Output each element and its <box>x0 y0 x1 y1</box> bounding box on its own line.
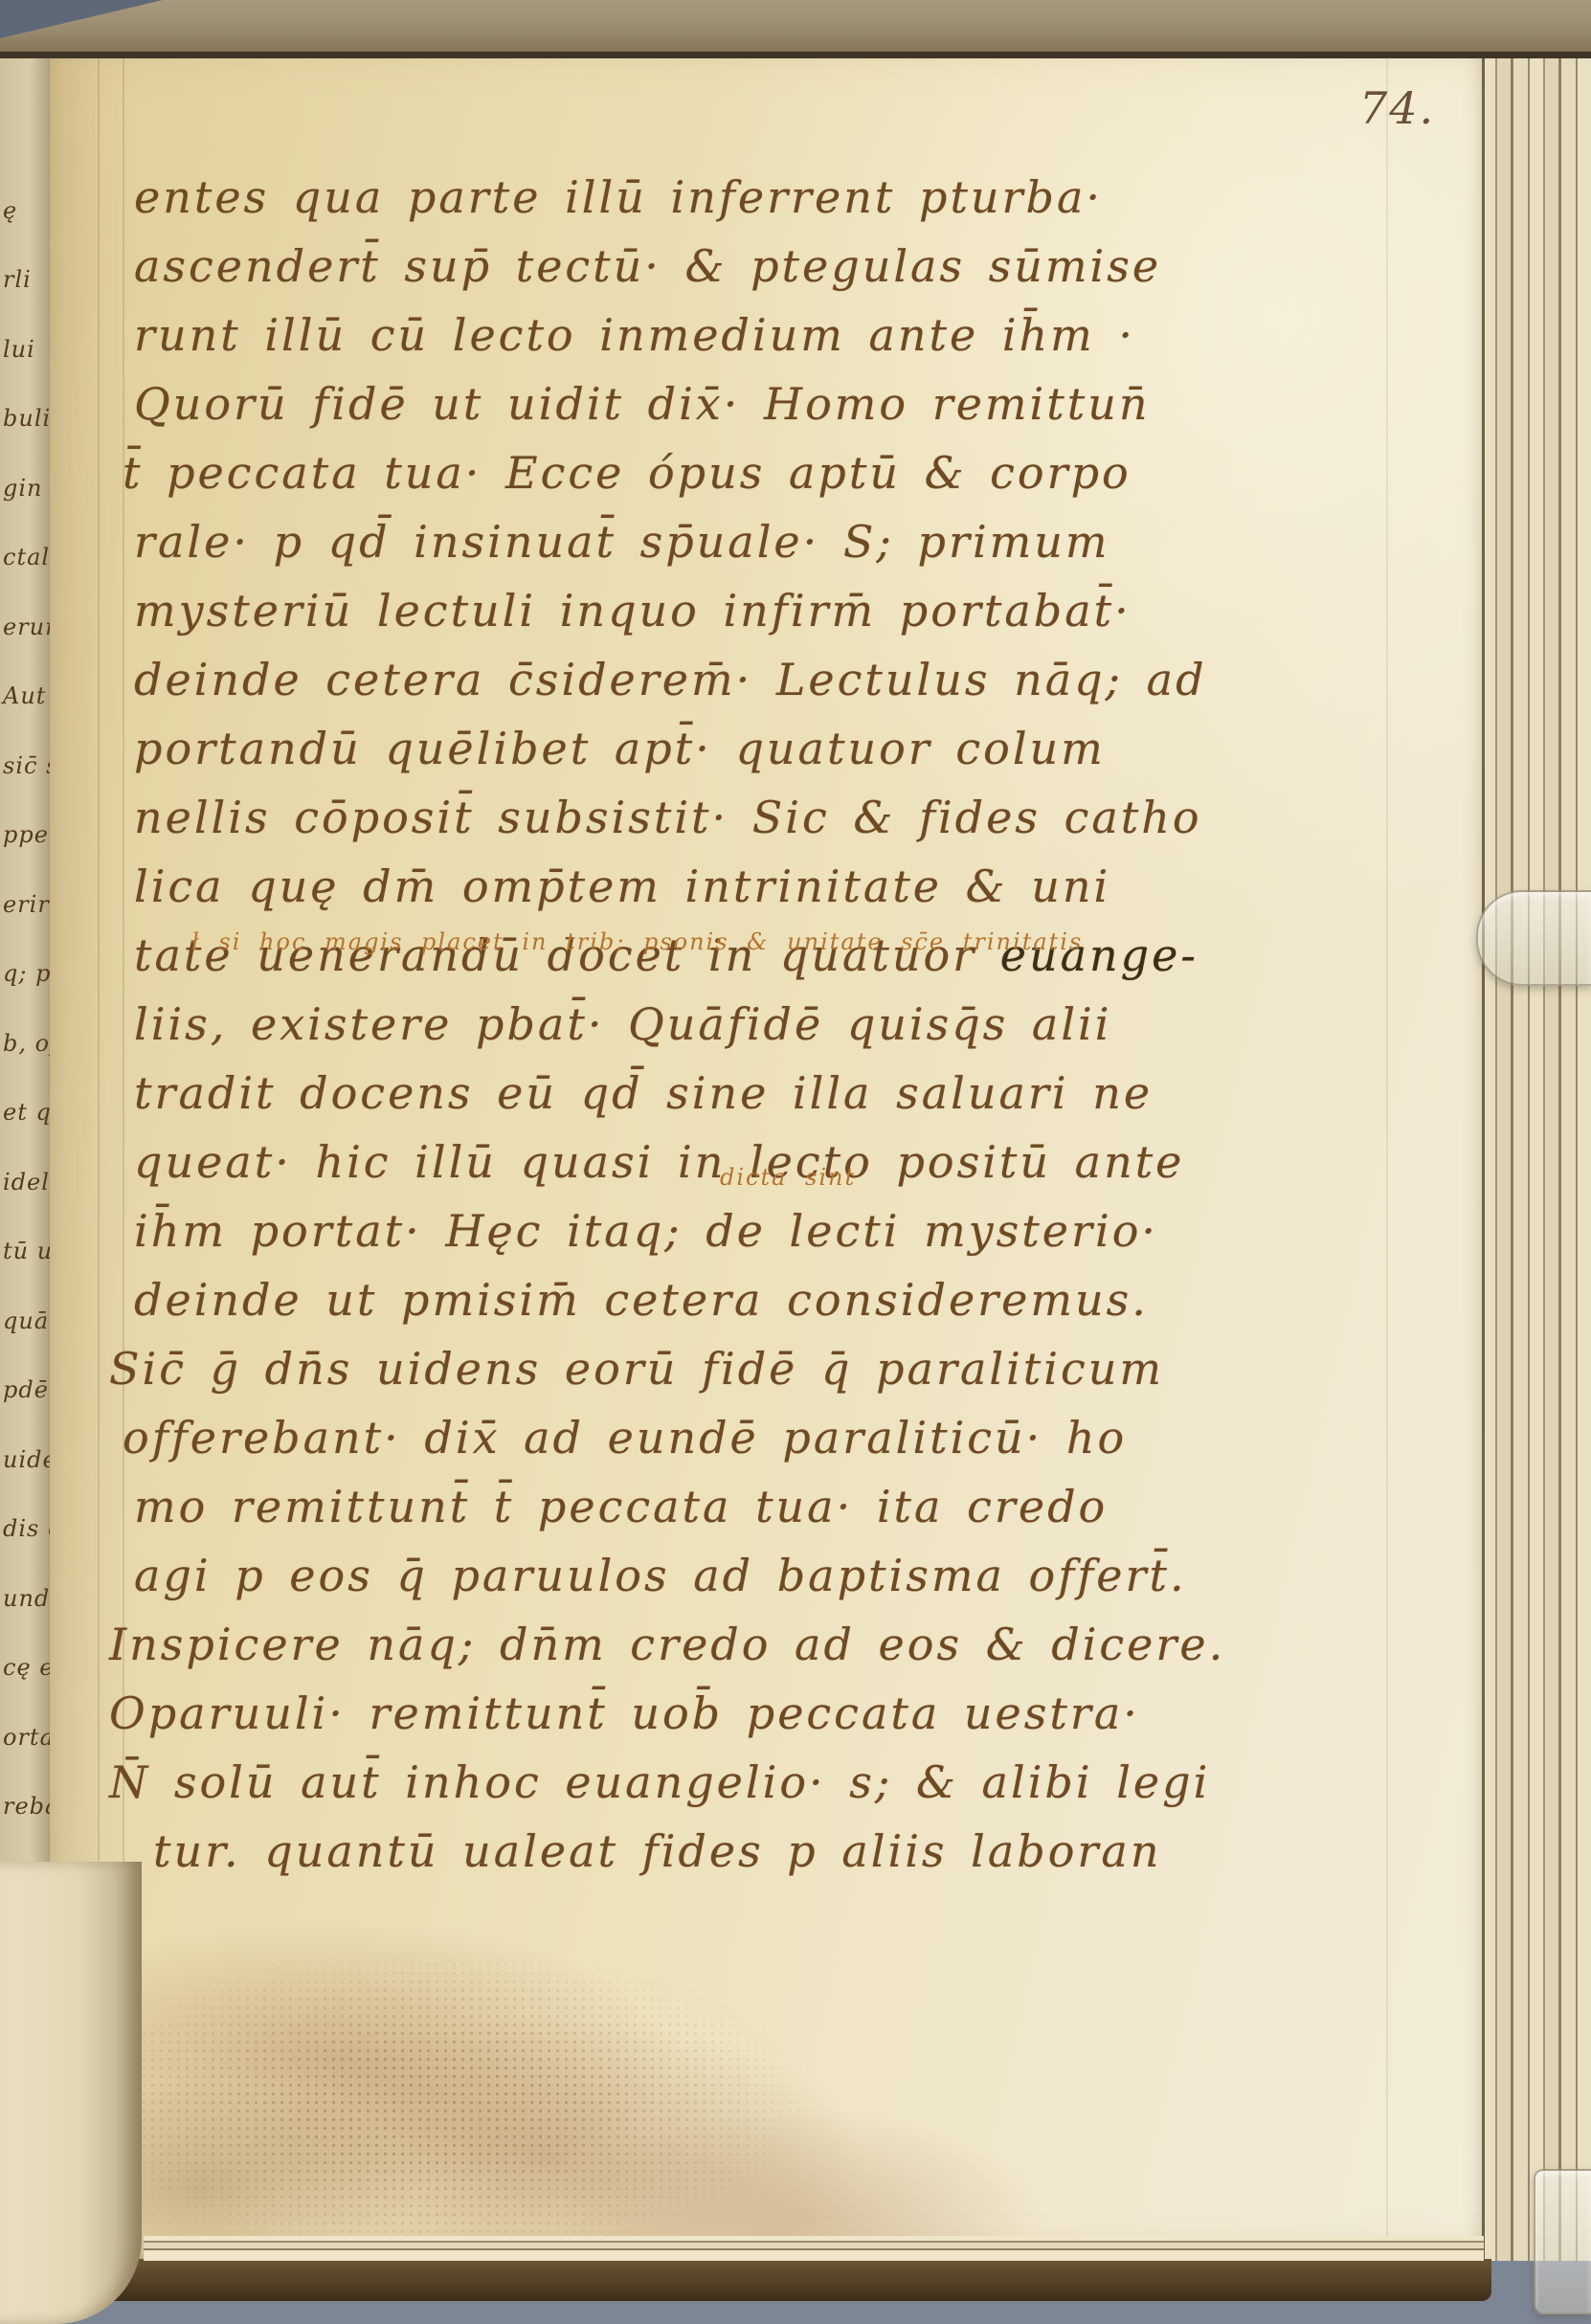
gutter-text-fragment: cę eu <box>3 1654 54 1681</box>
gutter-text-fragment: Aut <box>3 682 46 709</box>
gutter-text-fragment: q; po <box>3 960 54 987</box>
text-line: agi p eos q̄ paruulos ad baptisma offert… <box>134 1541 1436 1610</box>
gutter-text-fragment: ę <box>3 197 17 224</box>
text-line: rale· p qd̄ insinuat̄ sp̄uale· S; primum <box>134 507 1436 576</box>
gutter-text-fragment: unde il <box>3 1585 54 1612</box>
gutter-text-fragment: quā cōi <box>3 1307 54 1334</box>
text-line: Inspicere nāq; dn̄m credo ad eos & dicer… <box>109 1610 1436 1679</box>
text-line: N̄ solū aut̄ inhoc euangelio· s; & alibi… <box>109 1748 1436 1817</box>
page-bottom-edges <box>144 2236 1484 2261</box>
parchment-page: 74. entes qua parte illū inferrent pturb… <box>50 50 1488 2259</box>
folio-number: 74. <box>1359 82 1435 134</box>
page-holder-clip <box>1476 890 1591 986</box>
text-line: offerebant· dix̄ ad eundē paraliticū· ho <box>123 1403 1436 1472</box>
fore-edge-page-stack <box>1482 50 1591 2261</box>
text-line: liis, existere pbat̄· Quāfidē quisq̄s al… <box>134 990 1436 1059</box>
gutter-text-fragment: et qd̄ i <box>3 1099 54 1126</box>
text-line: t̄ peccata tua· Ecce ópus aptū & corpo <box>123 438 1436 507</box>
gutter-text-fragment: b, off <box>3 1030 54 1057</box>
text-line: mysteriū lectuli inquo infirm̄ portabat̄… <box>134 576 1436 645</box>
gutter-text-fragment: rli <box>3 266 32 293</box>
gutter-text-fragment: erun <box>3 614 54 640</box>
text-line: lica quę dm̄ omp̄tem intrinitate & uni <box>134 852 1436 921</box>
page-curl-bottom-left <box>0 1862 142 2324</box>
gutter-text-fragment: buli <box>3 405 51 432</box>
gutter-text-fragment: gin <box>3 475 43 502</box>
text-line: deinde ut pmisim̄ cetera consideremus. <box>134 1265 1436 1334</box>
gutter-text-fragment: ideles q̄ <box>3 1169 54 1196</box>
gutter-text-fragment: rebam <box>3 1793 54 1820</box>
gutter-text-fragment: tū unl <box>3 1238 54 1264</box>
page-holder-clip <box>1534 2169 1591 2314</box>
gutter-text-fragment: ctal; <box>3 544 54 570</box>
stain-speckle <box>105 1909 1072 2259</box>
gutter-text-fragment: erire <box>3 891 54 918</box>
gutter-text-fragment: sic̄ s <box>3 752 54 779</box>
text-line: Sic̄ ḡ dn̄s uidens eorū fidē q̄ paraliti… <box>109 1334 1436 1403</box>
text-line: deinde cetera c̄siderem̄· Lectulus nāq; … <box>134 645 1436 714</box>
text-line: Quorū fidē ut uidit dix̄· Homo remittun̄ <box>134 369 1436 438</box>
binding-board-top <box>0 0 1591 58</box>
manuscript-page-photo: ę rli lui buli gin ctal; erun Aut sic̄ s… <box>0 0 1591 2324</box>
text-line: ih̄m portat· Hęc itaq; de lecti mysterio… <box>134 1196 1436 1265</box>
gutter-text-fragment: dis offe <box>3 1515 54 1542</box>
text-line: mo remittunt̄ t̄ peccata tua· ita credo <box>134 1472 1436 1541</box>
text-line: runt illū cū lecto inmedium ante ih̄m · <box>134 301 1436 369</box>
text-line: ascendert̄ sup̄ tectū· & ptegulas sūmise <box>134 232 1436 301</box>
text-line: Oparuuli· remittunt̄ uob̄ peccata uestra… <box>109 1679 1436 1748</box>
text-block: entes qua parte illū inferrent pturba· a… <box>134 163 1436 1886</box>
text-line: nellis cōposit̄ subsistit· Sic & fides c… <box>134 783 1436 852</box>
gutter-text-fragment: pper s <box>3 821 54 848</box>
gutter-text-fragment: uidet n <box>3 1446 54 1473</box>
gutter-text-fragment: lui <box>3 336 35 363</box>
text-line: entes qua parte illū inferrent pturba· <box>134 163 1436 232</box>
text-line: tradit docens eū qd̄ sine illa saluari n… <box>134 1059 1436 1128</box>
text-line: portandū quēlibet apt̄· quatuor colum <box>134 714 1436 783</box>
gutter-text-fragment: pdēt p <box>3 1376 54 1403</box>
binding-board-bottom <box>56 2259 1491 2301</box>
interlinear-gloss: ł si hoc magis placet in trib; psonis & … <box>191 928 1083 955</box>
gutter-text-fragment: ortam <box>3 1724 54 1751</box>
interlinear-gloss: dicta sint <box>720 1164 856 1191</box>
text-line: tur. quantū ualeat fides p aliis laboran <box>153 1817 1436 1886</box>
